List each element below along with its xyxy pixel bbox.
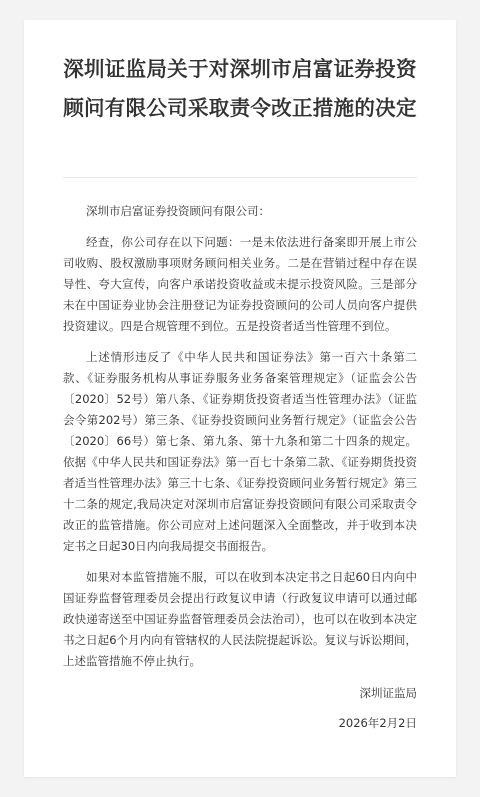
title-divider xyxy=(63,177,417,178)
salutation: 深圳市启富证券投资顾问有限公司： xyxy=(63,201,417,222)
paragraph-violations-decision: 上述情形违反了《中华人民共和国证券法》第一百六十条第二款、《证券服务机构从事证券… xyxy=(63,347,417,557)
document-body: 深圳市启富证券投资顾问有限公司： 经查，你公司存在以下问题：一是未依法进行备案即… xyxy=(63,201,417,682)
paragraph-appeal-rights: 如果对本监管措施不服，可以在收到本决定书之日起60日内向中国证券监督管理委员会提… xyxy=(63,567,417,672)
document-title: 深圳证监局关于对深圳市启富证券投资顾问有限公司采取责令改正措施的决定 xyxy=(63,50,417,128)
issuer-signature: 深圳证监局 xyxy=(360,683,418,704)
paragraph-findings: 经查，你公司存在以下问题：一是未依法进行备案即开展上市公司收购、股权激励事项财务… xyxy=(63,232,417,337)
issue-date: 2026年2月2日 xyxy=(339,713,417,734)
